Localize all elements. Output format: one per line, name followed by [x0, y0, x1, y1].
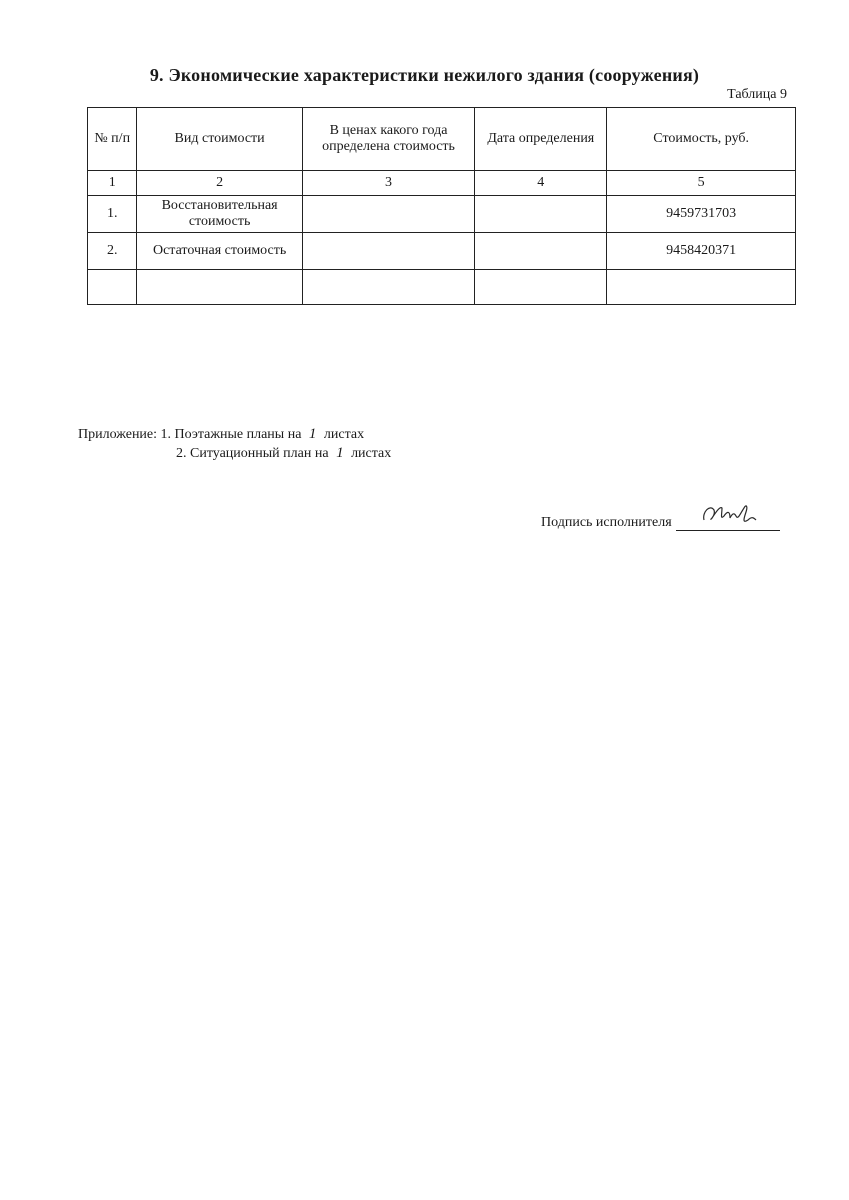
appendix-label: Приложение:	[78, 427, 157, 442]
section-title: 9. Экономические характеристики нежилого…	[0, 65, 849, 86]
column-number: 1	[88, 171, 137, 196]
row-number: 1.	[88, 196, 137, 233]
column-number: 4	[475, 171, 607, 196]
header-cost-type: Вид стоимости	[137, 108, 302, 171]
row-value	[607, 270, 796, 305]
column-number-row: 1 2 3 4 5	[88, 171, 796, 196]
row-number	[88, 270, 137, 305]
header-date: Дата определения	[475, 108, 607, 171]
table-caption: Таблица 9	[727, 87, 787, 103]
row-date	[475, 196, 607, 233]
column-number: 3	[302, 171, 474, 196]
appendix-item-2-prefix: 2. Ситуационный план на	[176, 446, 329, 461]
row-cost-type: Восстановительная стоимость	[137, 196, 302, 233]
column-number: 5	[607, 171, 796, 196]
appendix-item-1: Приложение: 1. Поэтажные планы на 1 лист…	[78, 425, 391, 444]
row-cost-type: Остаточная стоимость	[137, 233, 302, 270]
row-value: 9458420371	[607, 233, 796, 270]
table-row: 2. Остаточная стоимость 9458420371	[88, 233, 796, 270]
row-date	[475, 270, 607, 305]
table-header-row: № п/п Вид стоимости В ценах какого года …	[88, 108, 796, 171]
row-price-year	[302, 270, 474, 305]
header-value: Стоимость, руб.	[607, 108, 796, 171]
appendix-item-1-suffix: листах	[324, 427, 364, 442]
row-number: 2.	[88, 233, 137, 270]
signature-block: Подпись исполнителя	[541, 508, 780, 531]
row-value: 9459731703	[607, 196, 796, 233]
row-price-year	[302, 233, 474, 270]
header-number: № п/п	[88, 108, 137, 171]
table-row	[88, 270, 796, 305]
appendix-item-2-suffix: листах	[351, 446, 391, 461]
table-row: 1. Восстановительная стоимость 945973170…	[88, 196, 796, 233]
appendix-item-1-prefix: 1. Поэтажные планы на	[161, 427, 302, 442]
appendix-item-1-count: 1	[305, 426, 321, 442]
column-number: 2	[137, 171, 302, 196]
appendix-item-2: 2. Ситуационный план на 1 листах	[78, 444, 391, 463]
signature-line	[676, 508, 780, 531]
row-date	[475, 233, 607, 270]
economic-characteristics-table: № п/п Вид стоимости В ценах какого года …	[87, 107, 796, 305]
appendix: Приложение: 1. Поэтажные планы на 1 лист…	[78, 425, 391, 463]
header-price-year: В ценах какого года определена стоимость	[302, 108, 474, 171]
row-cost-type	[137, 270, 302, 305]
signature-label: Подпись исполнителя	[541, 515, 672, 531]
appendix-item-2-count: 1	[332, 445, 348, 461]
row-price-year	[302, 196, 474, 233]
handwritten-signature-icon	[700, 498, 760, 528]
